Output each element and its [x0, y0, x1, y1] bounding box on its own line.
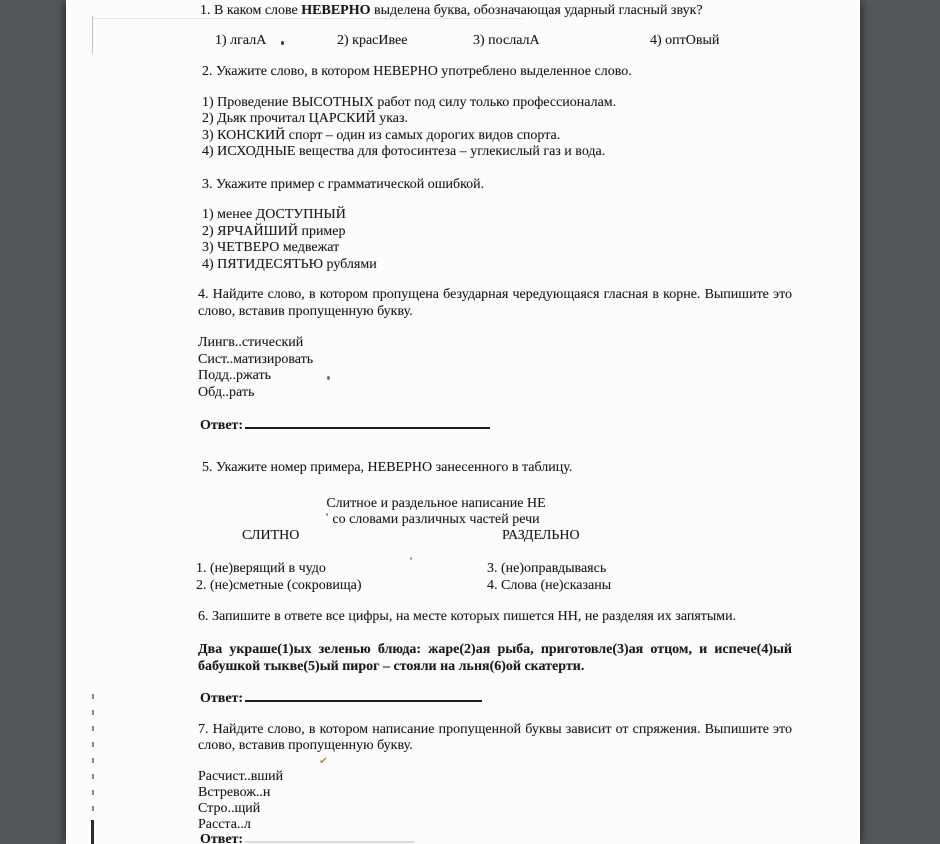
q7-word-2: Встревож..н	[198, 785, 283, 801]
q6-answer-line	[245, 689, 482, 702]
q1-option-4: 4) оптОвый	[650, 33, 719, 49]
q4-word-2: Сист..матизировать	[198, 352, 313, 369]
q1-option-1: 1) лгалА	[215, 33, 266, 49]
q6-title: 6. Запишите в ответе все цифры, на месте…	[198, 609, 736, 625]
q4-word-4: Обд..рать	[198, 385, 313, 402]
q3-options: 1) менее ДОСТУПНЫЙ 2) ЯРЧАЙШИЙ пример 3)…	[202, 207, 377, 273]
q1-title: 1. В каком слове НЕВЕРНО выделена буква,…	[200, 3, 703, 19]
q3-option-3: 3) ЧЕТВЕРО медвежат	[202, 240, 377, 257]
q7-word-3: Стро..щий	[198, 801, 283, 817]
page-fold-line-top	[92, 16, 93, 54]
q3-option-1: 1) менее ДОСТУПНЫЙ	[202, 207, 377, 224]
margin-ink-tick	[91, 820, 94, 844]
q7-title: 7. Найдите слово, в котором написание пр…	[198, 722, 792, 754]
check-mark-icon: ✓	[318, 755, 328, 767]
q5-table-caption-line1: Слитное и раздельное написание НЕ	[216, 496, 656, 512]
q2-title: 2. Укажите слово, в котором НЕВЕРНО упот…	[202, 64, 632, 80]
q1-option-3: 3) послалА	[473, 33, 540, 49]
q3-title: 3. Укажите пример с грамматической ошибк…	[202, 177, 484, 193]
q4-word-1: Лингв..стический	[198, 335, 313, 352]
q5-right-item-1: 3. (не)оправдываясь	[487, 561, 611, 578]
q2-option-3: 3) КОНСКИЙ спорт – один из самых дорогих…	[202, 128, 616, 144]
q5-table-left-header: СЛИТНО	[242, 528, 299, 544]
q6-sentence: Два украше(1)ых зеленью блюда: жаре(2)ая…	[198, 642, 792, 675]
q1-title-emphasis: НЕВЕРНО	[301, 3, 370, 18]
q4-answer-row: Ответ:	[200, 416, 490, 434]
q4-answer-label: Ответ:	[200, 418, 243, 433]
q4-title: 4. Найдите слово, в котором пропущена бе…	[198, 287, 792, 320]
document-page: 1. В каком слове НЕВЕРНО выделена буква,…	[66, 0, 860, 844]
q4-answer-line	[245, 416, 490, 429]
q3-option-2: 2) ЯРЧАЙШИЙ пример	[202, 224, 377, 241]
q1-option-2: 2) красИвее	[337, 33, 407, 49]
page-crease-top	[92, 18, 522, 19]
q6-answer-label: Ответ:	[200, 691, 243, 706]
margin-fold-dashes	[92, 694, 94, 820]
q5-table-right-column: 3. (не)оправдываясь 4. Слова (не)сказаны	[487, 561, 611, 594]
q4-word-3: Подд..ржать	[198, 368, 313, 385]
q5-table-right-header: РАЗДЕЛЬНО	[502, 528, 580, 544]
q3-option-4: 4) ПЯТИДЕСЯТЬЮ рублями	[202, 257, 377, 274]
ink-speck-comma	[281, 41, 284, 45]
q2-option-1: 1) Проведение ВЫСОТНЫХ работ под силу то…	[202, 95, 616, 111]
q5-right-item-2: 4. Слова (не)сказаны	[487, 578, 611, 595]
q7-words: Расчист..вший Встревож..н Стро..щий Расс…	[198, 769, 283, 833]
q7-answer-row: Ответ:	[200, 830, 415, 844]
q2-option-4: 4) ИСХОДНЫЕ вещества для фотосинтеза – у…	[202, 144, 616, 160]
q7-answer-line	[245, 830, 415, 843]
ink-speck-table	[410, 557, 412, 560]
q5-left-item-2: 2. (не)сметные (сокровища)	[196, 578, 361, 595]
ink-speck-q4	[327, 376, 330, 380]
q7-word-1: Расчист..вший	[198, 769, 283, 785]
q6-answer-row: Ответ:	[200, 689, 482, 707]
q1-title-post: выделена буква, обозначающая ударный гла…	[371, 3, 703, 18]
q5-title: 5. Укажите номер примера, НЕВЕРНО занесе…	[202, 460, 572, 476]
q2-options: 1) Проведение ВЫСОТНЫХ работ под силу то…	[202, 95, 616, 161]
q5-table-caption-line2: со словами различных частей речи	[216, 512, 656, 528]
q4-words: Лингв..стический Сист..матизировать Подд…	[198, 335, 313, 401]
q1-title-pre: 1. В каком слове	[200, 3, 301, 18]
q5-table-left-column: 1. (не)верящий в чудо 2. (не)сметные (со…	[196, 561, 361, 594]
q5-table-caption: Слитное и раздельное написание НЕ со сло…	[216, 496, 656, 527]
ink-speck-q5	[326, 513, 328, 516]
q2-option-2: 2) Дьяк прочитал ЦАРСКИЙ указ.	[202, 111, 616, 127]
q7-answer-label: Ответ:	[200, 832, 243, 844]
q5-left-item-1: 1. (не)верящий в чудо	[196, 561, 361, 578]
